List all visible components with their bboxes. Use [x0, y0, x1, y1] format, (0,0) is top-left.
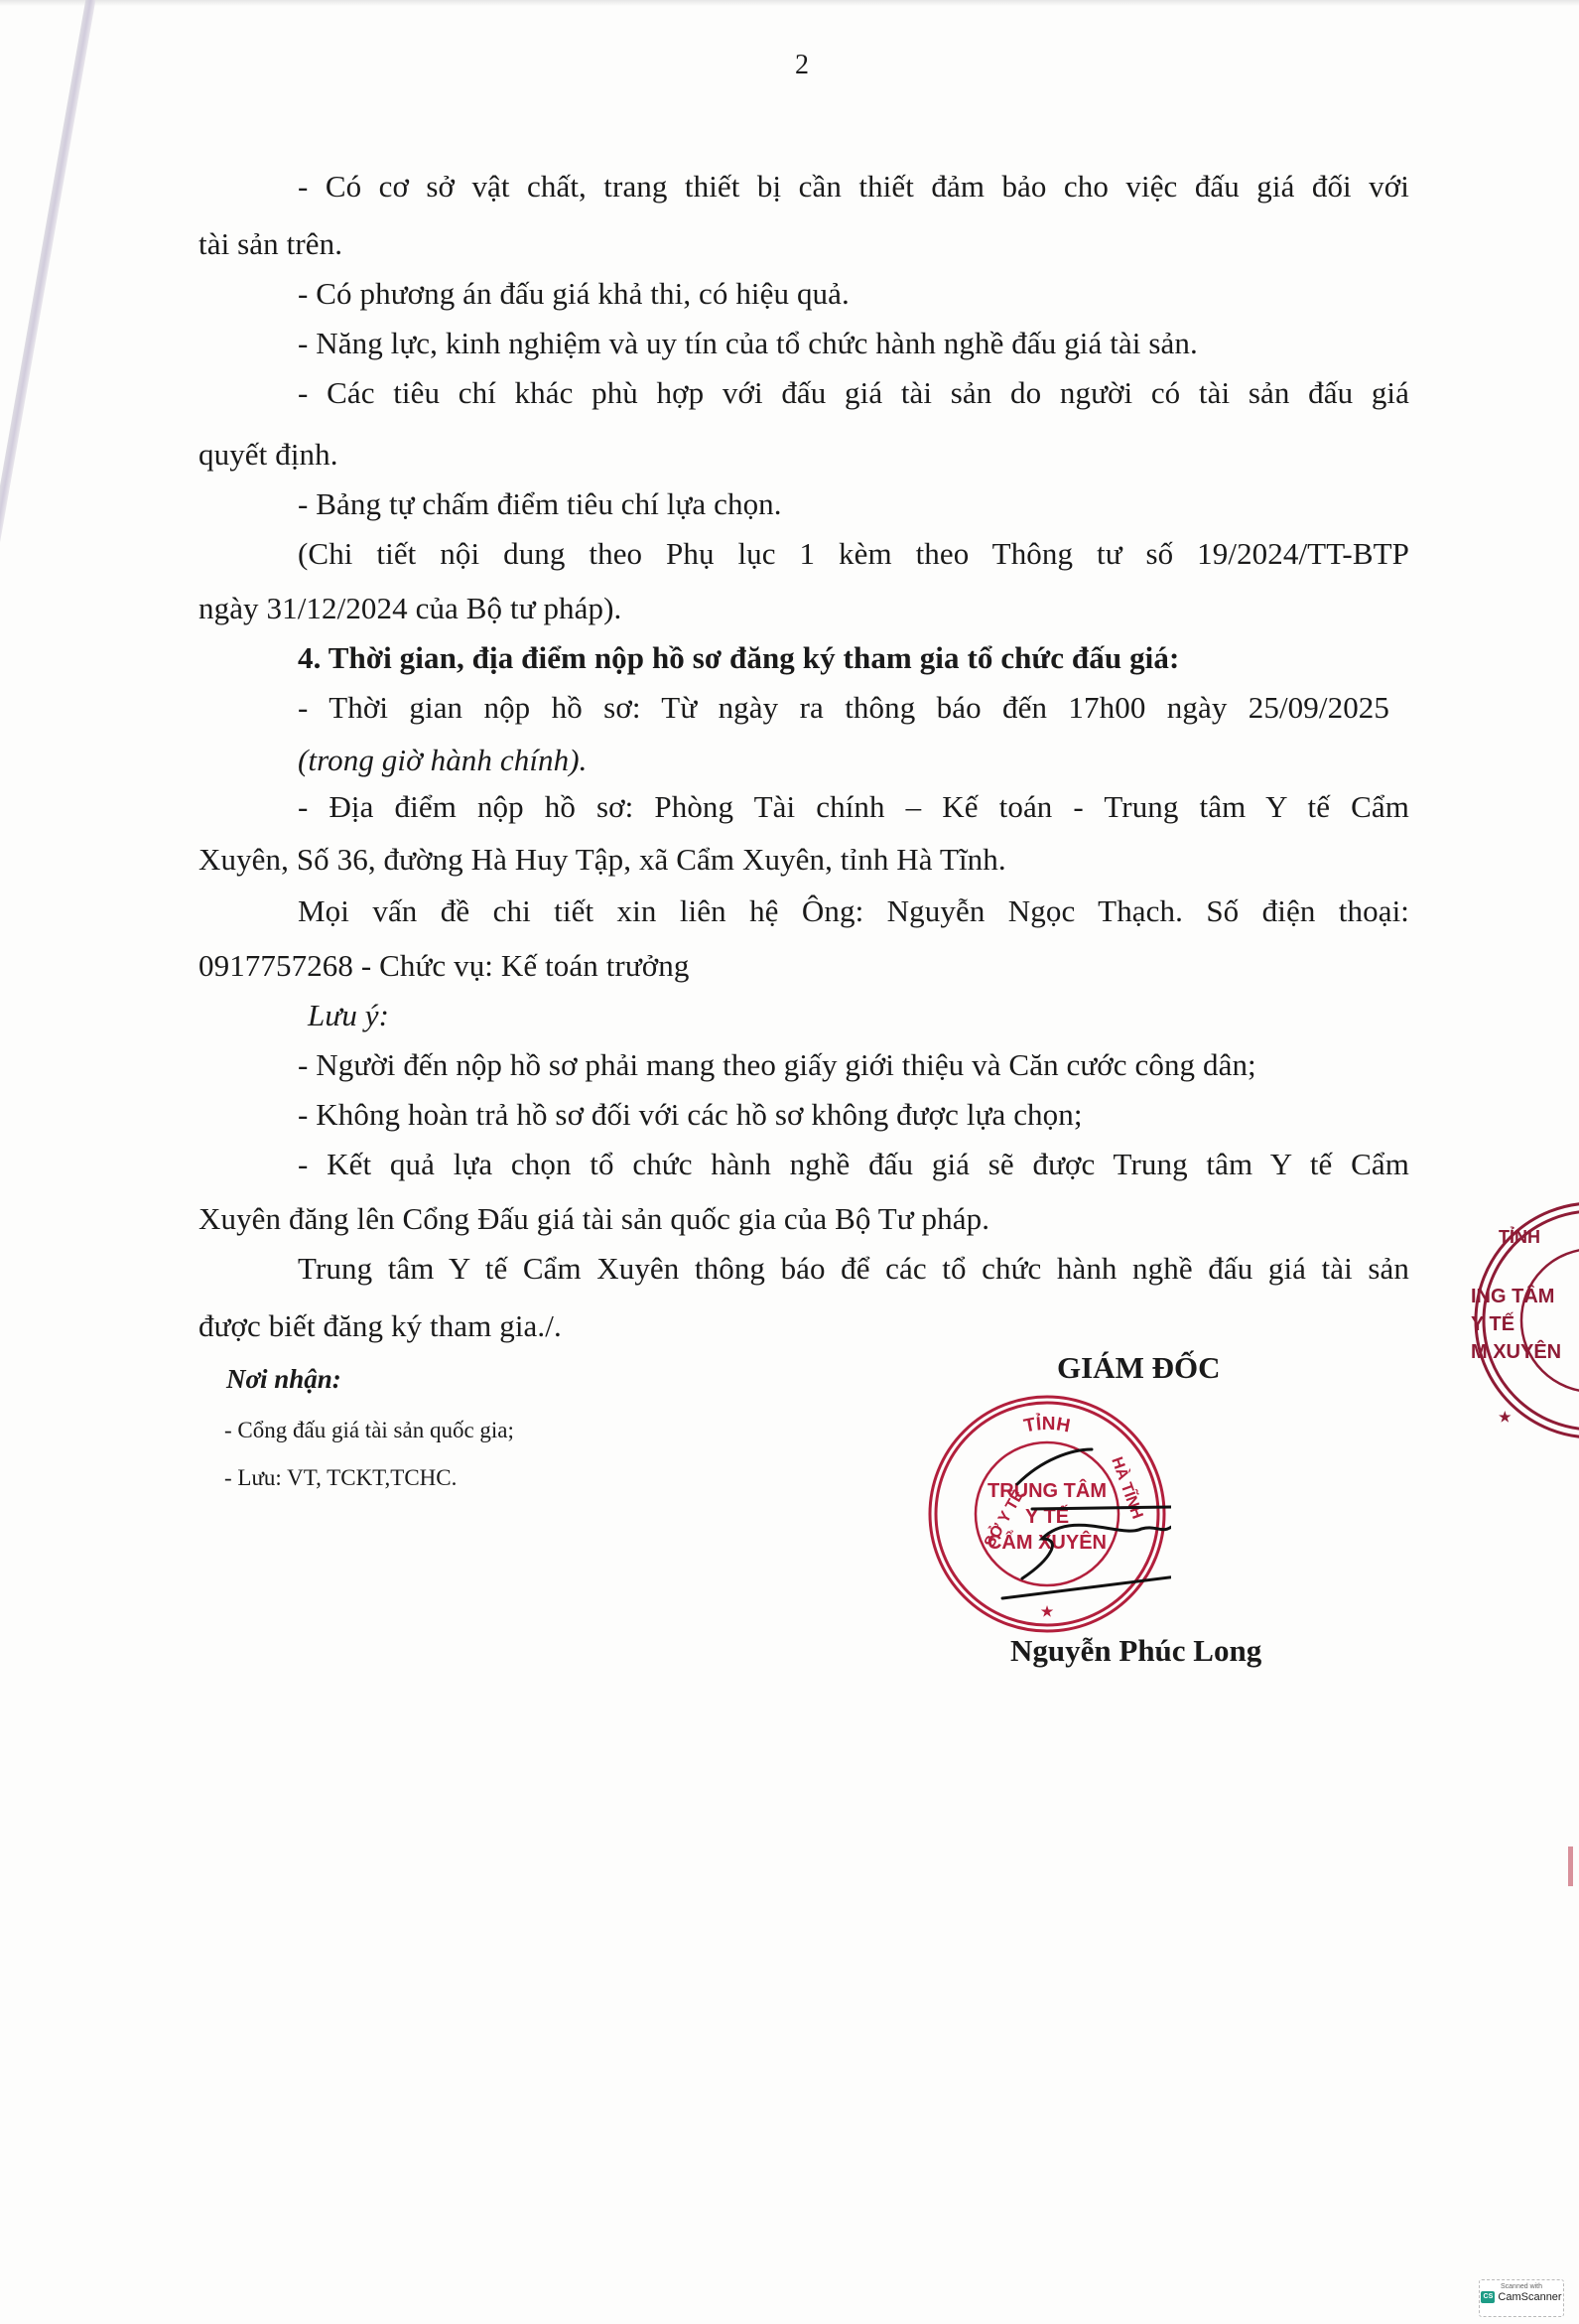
- body-line: Xuyên, Số 36, đường Hà Huy Tập, xã Cẩm X…: [198, 842, 1006, 878]
- signer-title: GIÁM ĐỐC: [1057, 1350, 1220, 1386]
- body-line: Xuyên đăng lên Cổng Đấu giá tài sản quốc…: [198, 1201, 989, 1237]
- body-line: - Kết quả lựa chọn tổ chức hành nghề đấu…: [298, 1147, 1409, 1182]
- signer-name: Nguyễn Phúc Long: [1010, 1633, 1261, 1669]
- badge-caption: Scanned with: [1480, 2283, 1563, 2290]
- official-seal-icon: TỈNH SỞ Y TẾ HÀ TĨNH TRUNG TÂM Y TẾ CẨM …: [923, 1390, 1171, 1638]
- body-line: - Có phương án đấu giá khả thi, có hiệu …: [298, 276, 850, 312]
- body-line: (trong giờ hành chính).: [298, 743, 588, 778]
- body-line: Trung tâm Y tế Cẩm Xuyên thông báo để cá…: [298, 1251, 1409, 1287]
- scan-edge-artifact: [0, 0, 97, 676]
- camscanner-logo-icon: CS: [1481, 2291, 1495, 2303]
- svg-text:TRUNG TÂM: TRUNG TÂM: [987, 1478, 1107, 1502]
- recipient-item: - Lưu: VT, TCKT,TCHC.: [224, 1465, 457, 1491]
- camscanner-badge: Scanned with CS CamScanner: [1479, 2279, 1564, 2317]
- body-line: ngày 31/12/2024 của Bộ tư pháp).: [198, 591, 621, 626]
- svg-text:Y TẾ: Y TẾ: [1471, 1312, 1514, 1335]
- svg-text:★: ★: [1041, 1603, 1054, 1619]
- body-line: - Có cơ sở vật chất, trang thiết bị cần …: [298, 169, 1409, 205]
- section-heading: 4. Thời gian, địa điểm nộp hồ sơ đăng ký…: [298, 640, 1179, 676]
- body-line: - Không hoàn trả hồ sơ đối với các hồ sơ…: [298, 1097, 1083, 1133]
- svg-text:M XUYÊN: M XUYÊN: [1471, 1339, 1561, 1363]
- margin-red-mark: [1568, 1846, 1573, 1886]
- body-line: tài sản trên.: [198, 226, 342, 262]
- body-line: Mọi vấn đề chi tiết xin liên hệ Ông: Ngu…: [298, 893, 1409, 929]
- body-line: - Người đến nộp hồ sơ phải mang theo giấ…: [298, 1047, 1256, 1083]
- svg-text:ING TÂM: ING TÂM: [1471, 1284, 1554, 1307]
- body-line: được biết đăng ký tham gia./.: [198, 1308, 562, 1344]
- badge-brand: CamScanner: [1498, 2291, 1561, 2303]
- svg-text:★: ★: [1499, 1409, 1512, 1425]
- recipients-title: Nơi nhận:: [226, 1364, 341, 1395]
- body-line: (Chi tiết nội dung theo Phụ lục 1 kèm th…: [298, 536, 1409, 572]
- body-line: - Thời gian nộp hồ sơ: Từ ngày ra thông …: [298, 690, 1389, 726]
- body-line: - Năng lực, kinh nghiệm và uy tín của tổ…: [298, 326, 1198, 361]
- scan-top-shadow: [0, 0, 1579, 6]
- svg-text:TỈNH: TỈNH: [1022, 1413, 1072, 1436]
- recipient-item: - Cổng đấu giá tài sản quốc gia;: [224, 1418, 514, 1443]
- partial-seal-icon: TỈNH ING TÂM Y TẾ M XUYÊN ★: [1469, 1191, 1579, 1449]
- body-line: quyết định.: [198, 437, 338, 473]
- page-number: 2: [0, 50, 1579, 81]
- body-line: - Bảng tự chấm điểm tiêu chí lựa chọn.: [298, 486, 782, 522]
- body-line: - Địa điểm nộp hồ sơ: Phòng Tài chính – …: [298, 789, 1409, 825]
- body-line: - Các tiêu chí khác phù hợp với đấu giá …: [298, 375, 1409, 411]
- svg-text:TỈNH: TỈNH: [1499, 1226, 1540, 1247]
- body-line: 0917757268 - Chức vụ: Kế toán trưởng: [198, 948, 689, 984]
- body-line: Lưu ý:: [308, 998, 389, 1033]
